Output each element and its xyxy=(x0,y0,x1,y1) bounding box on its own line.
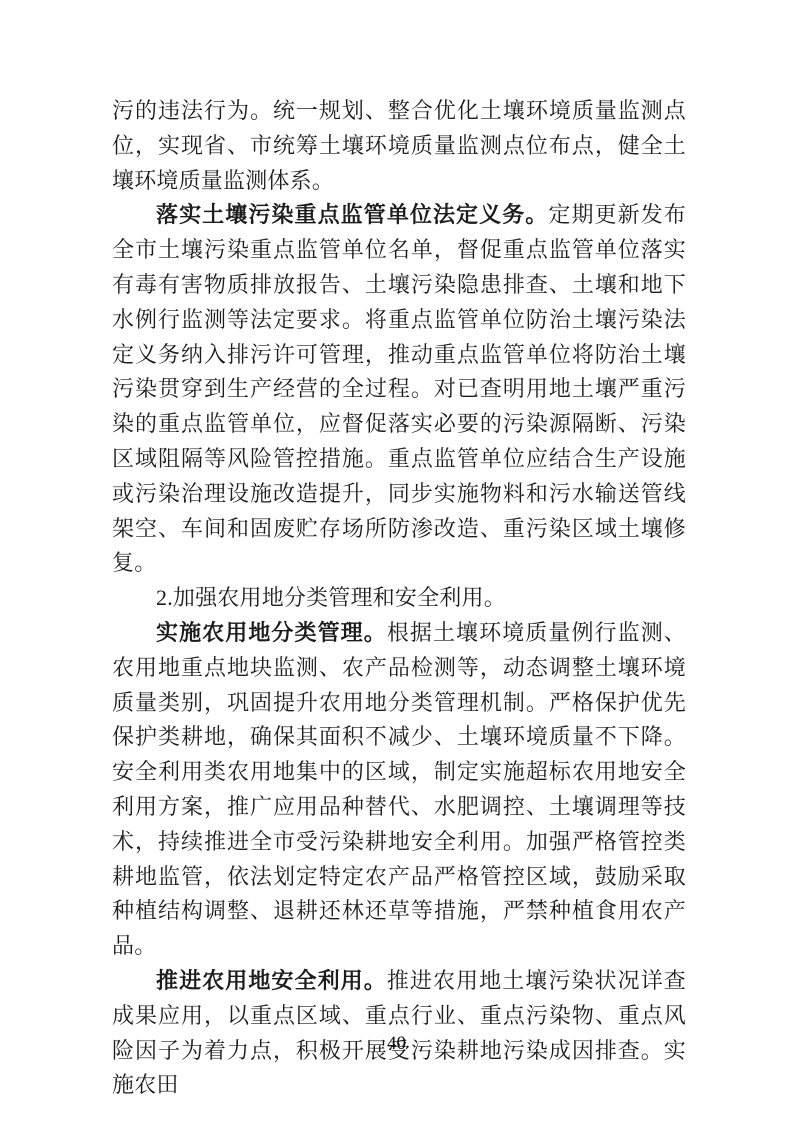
body-text: 根据土壤环境质量例行监测、农用地重点地块监测、农产品检测等，动态调整土壤环境质量… xyxy=(112,620,686,958)
document-body: 污的违法行为。统一规划、整合优化土壤环境质量监测点位，实现省、市统筹土壤环境质量… xyxy=(112,94,686,1103)
paragraph-farmland-classification: 实施农用地分类管理。根据土壤环境质量例行监测、农用地重点地块监测、农产品检测等，… xyxy=(112,616,686,964)
paragraph-lead-bold: 实施农用地分类管理。 xyxy=(156,620,387,645)
paragraph-key-duty: 落实土壤污染重点监管单位法定义务。定期更新发布全市土壤污染重点监管单位名单，督促… xyxy=(112,198,686,581)
paragraph-lead-bold: 推进农用地安全利用。 xyxy=(156,968,387,993)
body-text: 定期更新发布全市土壤污染重点监管单位名单，督促重点监管单位落实有毒有害物质排放报… xyxy=(112,202,686,575)
page-number: 40 xyxy=(0,1033,793,1055)
heading-text: 2.加强农用地分类管理和安全利用。 xyxy=(156,585,506,610)
document-page: 污的违法行为。统一规划、整合优化土壤环境质量监测点位，实现省、市统筹土壤环境质量… xyxy=(0,0,793,1122)
body-text: 污的违法行为。统一规划、整合优化土壤环境质量监测点位，实现省、市统筹土壤环境质量… xyxy=(112,98,686,193)
paragraph-continuation: 污的违法行为。统一规划、整合优化土壤环境质量监测点位，实现省、市统筹土壤环境质量… xyxy=(112,94,686,198)
paragraph-lead-bold: 落实土壤污染重点监管单位法定义务。 xyxy=(156,202,548,227)
numbered-section-heading: 2.加强农用地分类管理和安全利用。 xyxy=(112,581,686,616)
